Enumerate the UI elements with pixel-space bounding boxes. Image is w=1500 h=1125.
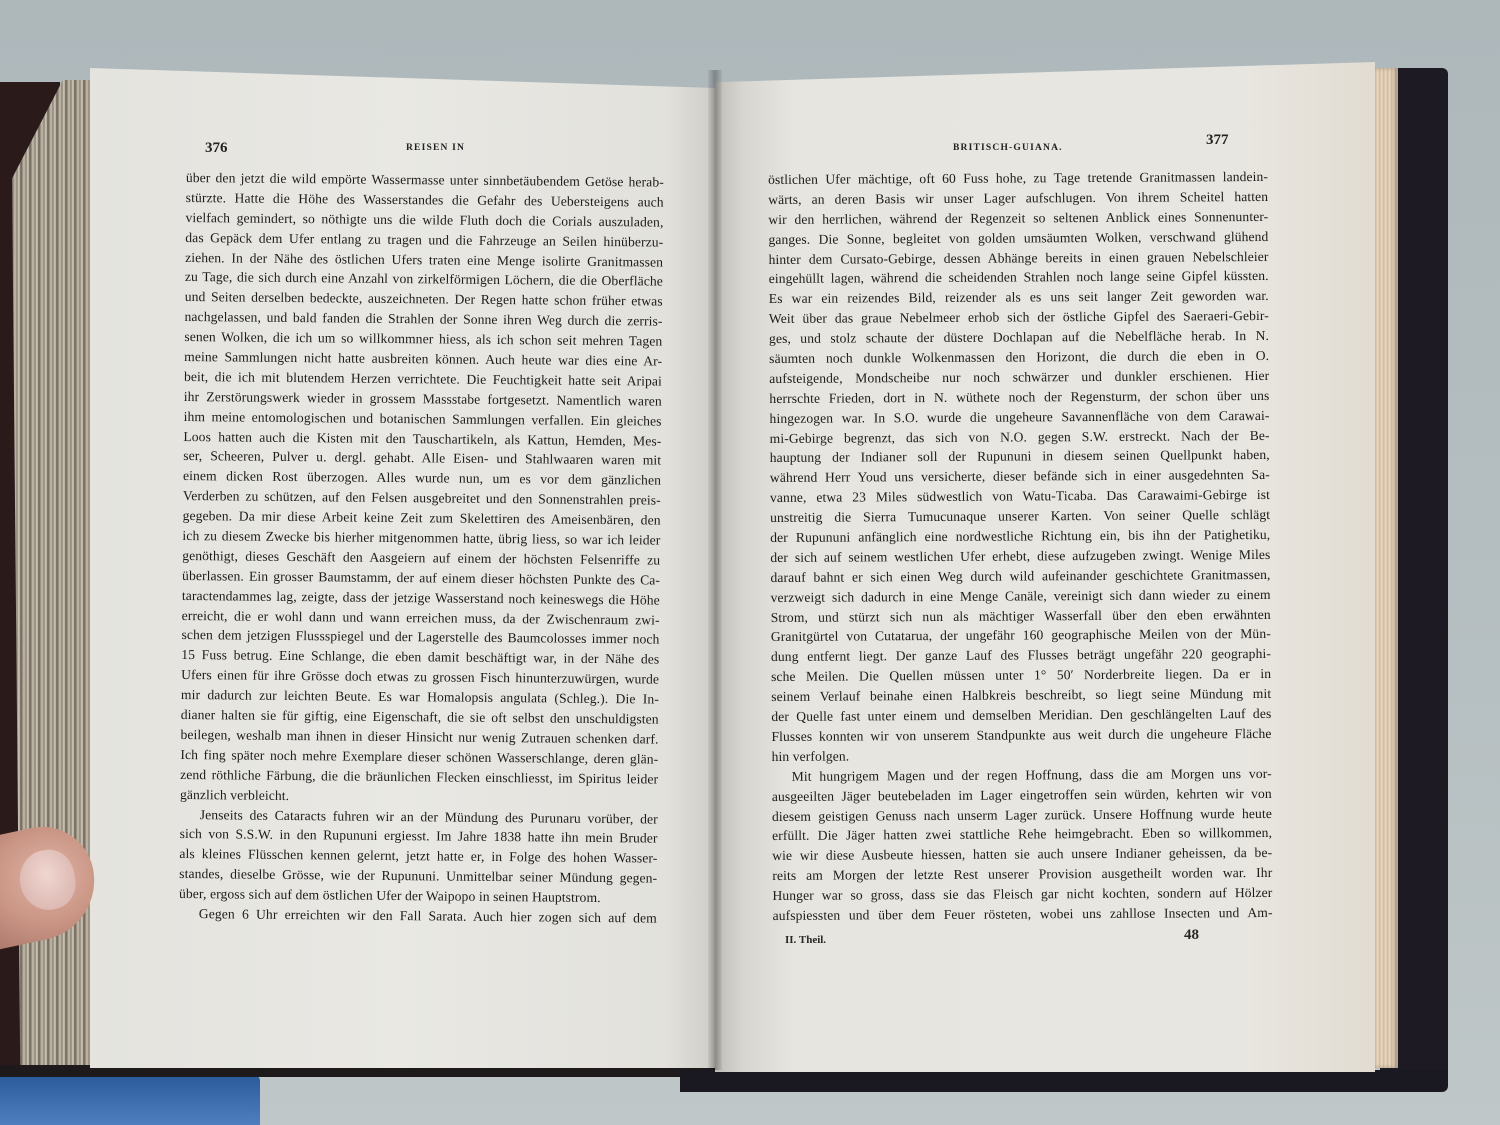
- text-line: Flusses konnten wir von unserem Standpun…: [771, 724, 1271, 747]
- text-line: ganges. Die Sonne, begleitet von golden …: [768, 227, 1268, 250]
- text-line: hingezogen war. In S.O. wurde die ungehe…: [769, 406, 1269, 429]
- text-line: aufsteigende, Mondscheibe nur noch schwä…: [769, 366, 1269, 389]
- left-running-head: REISEN IN: [406, 143, 465, 153]
- text-line: wir den herrlichen, während der Regenzei…: [768, 207, 1268, 230]
- book-cover-bottom: [680, 1070, 1448, 1092]
- text-line: der sich auf seinem westlichen Ufer erhe…: [770, 545, 1270, 568]
- right-page-number: 377: [1206, 132, 1229, 149]
- text-line: verzweigt sich dadurch in eine Menge Can…: [771, 585, 1271, 608]
- text-line: Mit hungrigem Magen und der regen Hoffnu…: [772, 764, 1272, 787]
- text-line: darauf bahnt er sich einen Weg durch wil…: [770, 565, 1270, 588]
- signature-mark: 48: [1184, 927, 1199, 944]
- left-page-body: über den jetzt die wild empörte Wasserma…: [179, 168, 664, 928]
- text-line: ausgeeilten Jäger beutebeladen im Lager …: [772, 784, 1272, 807]
- volume-footer: II. Theil.: [785, 934, 826, 946]
- text-line: wärts, an deren Basis wir unser Lager au…: [768, 187, 1268, 210]
- right-running-head: BRITISCH-GUIANA.: [953, 143, 1063, 153]
- book-gutter: [708, 70, 722, 1070]
- right-page-body: östlichen Ufer mächtige, oft 60 Fuss hoh…: [768, 167, 1273, 926]
- text-line: aufspiessten und über dem Feuer rösteten…: [772, 903, 1272, 926]
- blue-object-under-book: [0, 1075, 260, 1125]
- text-line: herrschte Frieden, dort in N. wüthete no…: [769, 386, 1269, 409]
- left-page-number: 376: [205, 140, 228, 157]
